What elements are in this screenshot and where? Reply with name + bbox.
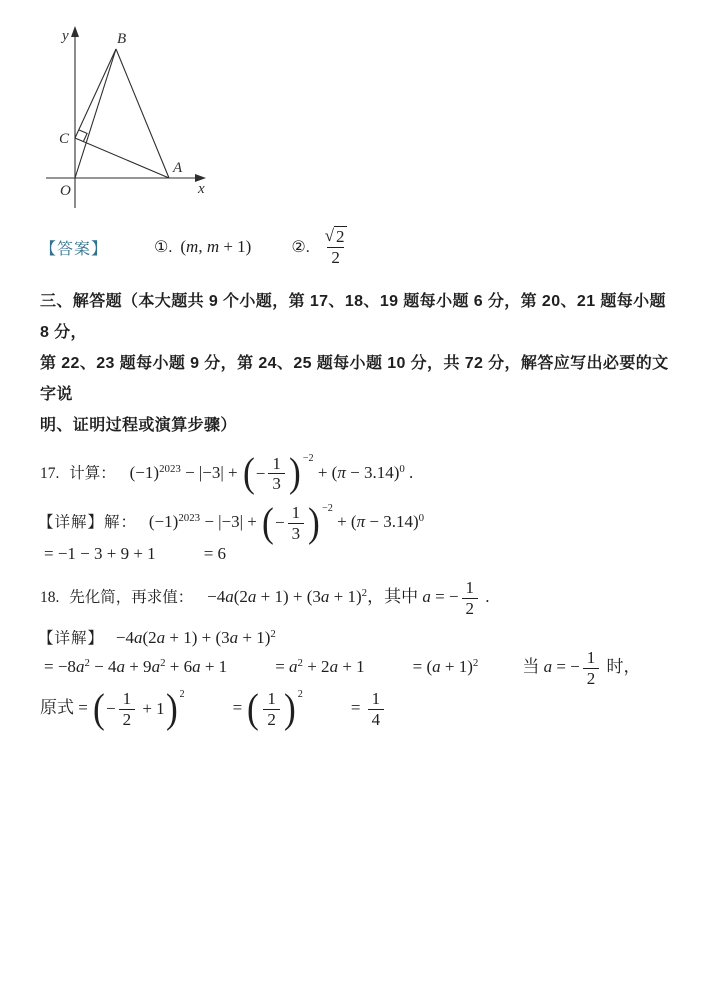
solution-17-label: 【详解】解： (38, 514, 137, 531)
problem-18-number: 18. (40, 589, 59, 606)
answer-line: 【答案】 ①. (m, m + 1) ②. √22 (40, 224, 711, 270)
answer-item2-number: ②. (291, 237, 309, 257)
solution-18-step-5: 原式 = (−12 + 1)2 (40, 698, 185, 717)
geometry-figure: y x O B A C (0, 0, 711, 212)
solution-18-step-4: 当 a = −12 时， (522, 657, 640, 676)
solution-18-label: 【详解】 (38, 630, 104, 647)
problem-17-statement: 17. 计算： (−1)2023 − |−3| + (−13)−2 + (π −… (40, 453, 711, 495)
solution-18-expression: −4a(2a + 1) + (3a + 1)2 (116, 628, 276, 647)
section-heading-line2: 第 22、23 题每小题 9 分，第 24、25 题每小题 10 分，共 72 … (40, 348, 675, 410)
problem-18-statement: 18. 先化简，再求值： −4a(2a + 1) + (3a + 1)2，其中 … (40, 578, 711, 618)
geometry-figure-svg: y x O B A C (36, 12, 216, 210)
y-axis-arrow-icon (71, 26, 79, 37)
answer-item1-expression: (m, m + 1) (180, 237, 251, 257)
document-page: y x O B A C 【答案】 ①. (m, m + 1) ②. √22 三、… (0, 0, 711, 981)
solution-18-step-3: = (a + 1)2 (413, 657, 479, 676)
section-heading: 三、解答题（本大题共 9 个小题，第 17、18、19 题每小题 6 分，第 2… (40, 286, 675, 441)
solution-18-step-1: = −8a2 − 4a + 9a2 + 6a + 1 (44, 657, 227, 676)
problem-17-number: 17. (40, 465, 59, 482)
solution-17-step-2: = 6 (204, 544, 226, 563)
section-heading-line3: 明、证明过程或演算步骤） (40, 410, 675, 441)
point-b-label: B (117, 31, 126, 47)
segment-ob (75, 49, 116, 178)
solution-18-step-7: = 14 (351, 698, 387, 717)
problem-17-expression: (−1)2023 − |−3| + (−13)−2 + (π − 3.14)0 … (130, 463, 414, 482)
x-axis-label: x (197, 181, 205, 197)
segment-bc (75, 49, 116, 138)
solution-17-expression: (−1)2023 − |−3| + (−13)−2 + (π − 3.14)0 (149, 512, 424, 531)
answer-item2-expression: √22 (318, 226, 354, 267)
origin-label: O (60, 183, 71, 199)
solution-18-step-2: = a2 + 2a + 1 (275, 657, 364, 676)
point-c-label: C (59, 131, 70, 147)
point-a-label: A (172, 160, 183, 176)
problem-18-solution: 【详解】 −4a(2a + 1) + (3a + 1)2 (38, 626, 711, 648)
problem-18-expression: −4a(2a + 1) + (3a + 1)2，其中 a = −12 . (207, 587, 489, 606)
problem-17-label: 计算： (69, 465, 116, 482)
section-heading-line1: 三、解答题（本大题共 9 个小题，第 17、18、19 题每小题 6 分，第 2… (40, 286, 675, 348)
answer-label: 【答案】 (40, 236, 108, 259)
problem-17-solution: 【详解】解： (−1)2023 − |−3| + (−13)−2 + (π − … (38, 503, 711, 545)
y-axis-label: y (60, 28, 69, 44)
solution-18-step-6: = (12)2 (233, 698, 303, 717)
solution-17-step-1: = −1 − 3 + 9 + 1 (44, 544, 156, 563)
problem-18-label: 先化简，再求值： (69, 589, 193, 606)
answer-item1-number: ①. (154, 237, 172, 257)
